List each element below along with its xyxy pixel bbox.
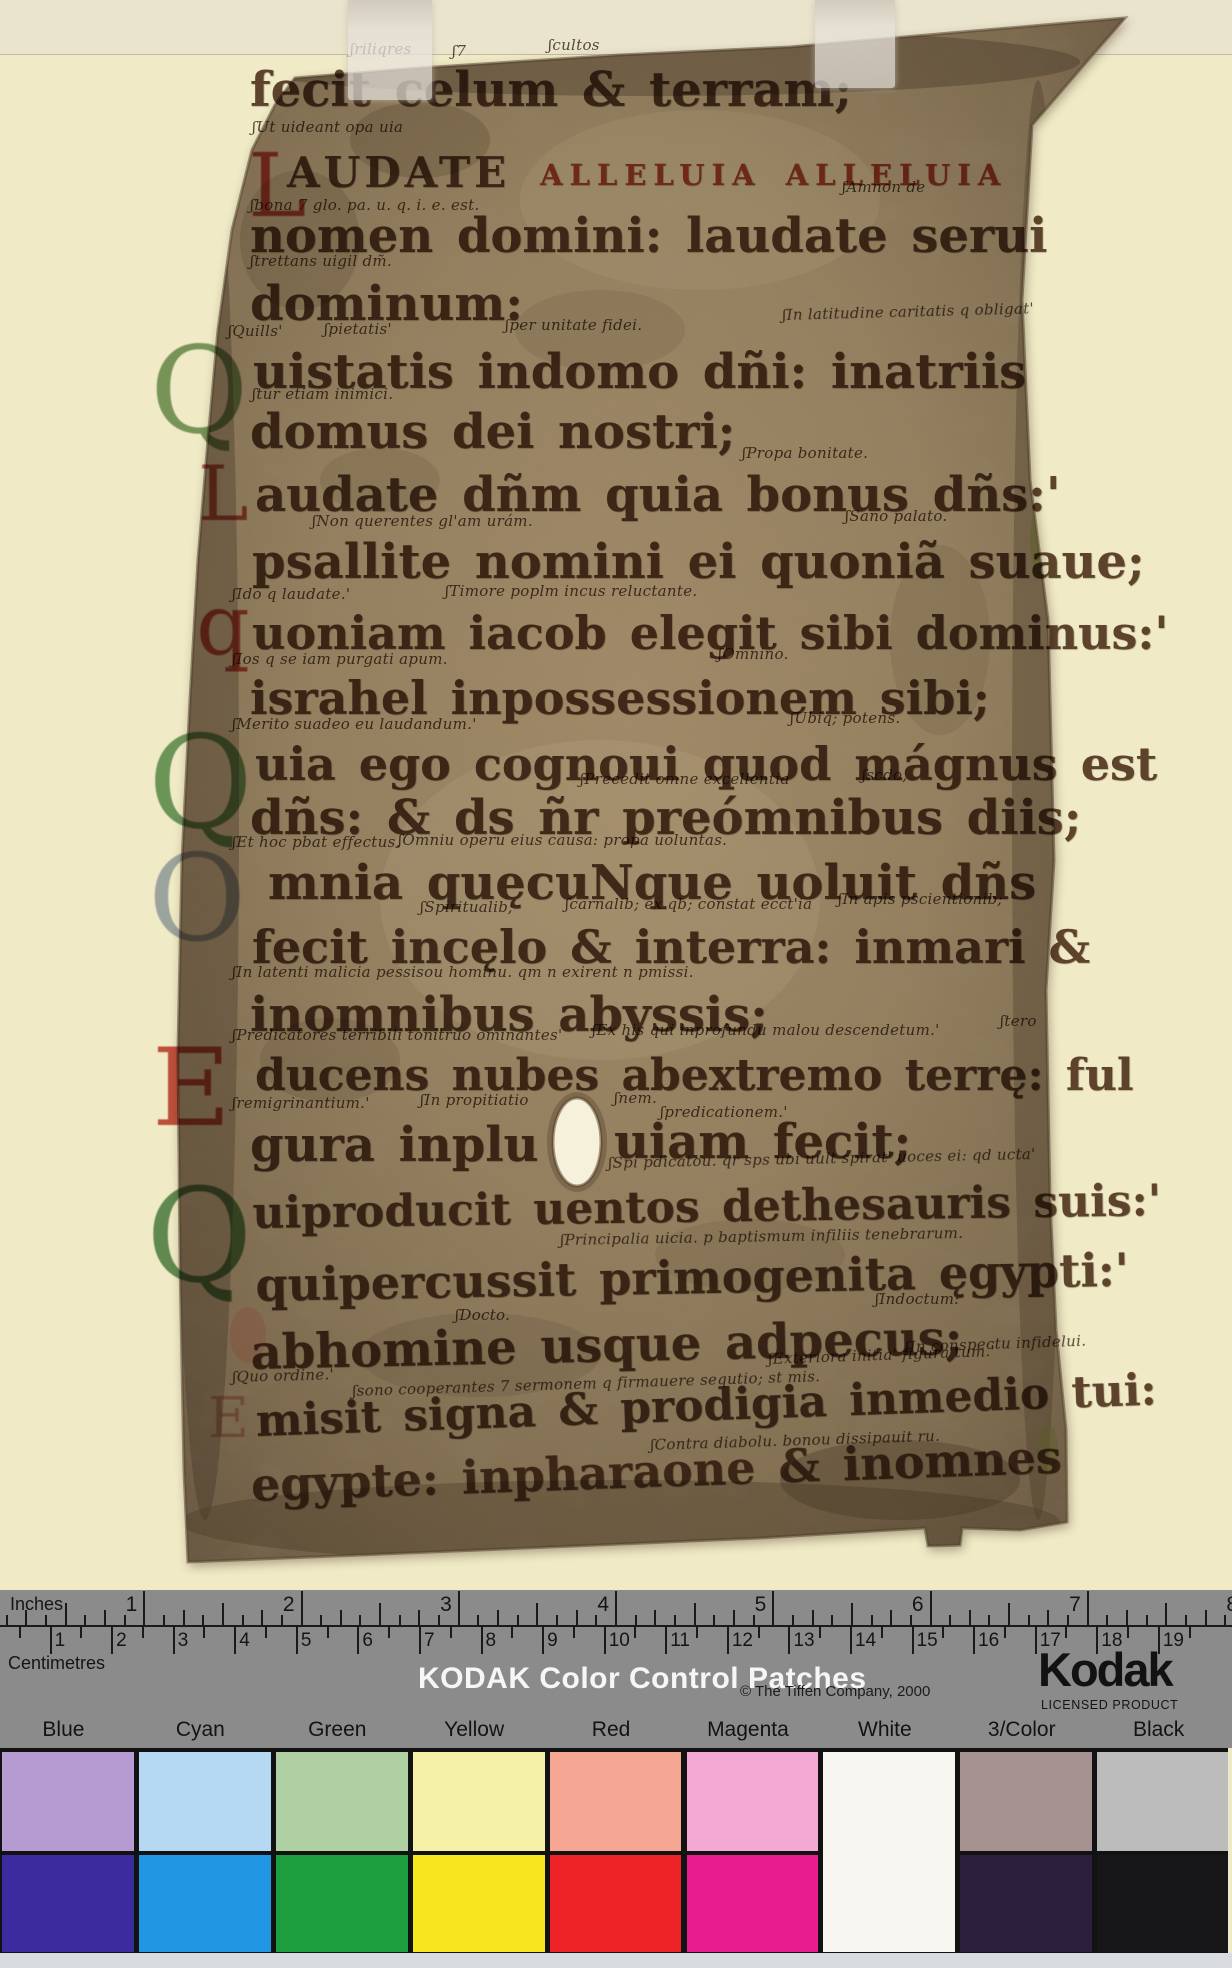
color-patch-black-light [1097,1752,1229,1851]
cm-tick [450,1627,452,1638]
cm-tick [296,1627,298,1654]
cm-number: 4 [239,1630,250,1652]
inch-tick [517,1615,519,1625]
kodak-logo: Kodak [1038,1642,1172,1697]
cm-number: 11 [670,1630,690,1652]
color-patch-green-light [276,1752,408,1851]
inch-tick [1106,1615,1108,1625]
patch-label-magenta: Magenta [693,1718,803,1742]
inch-tick [615,1591,617,1625]
cm-tick [912,1627,914,1654]
color-patch-magenta-saturated [687,1855,819,1952]
inch-tick [1146,1615,1148,1625]
inch-tick [930,1591,932,1625]
patch-label-blue: Blue [8,1718,118,1742]
cm-tick [419,1627,421,1654]
inch-number: 8 [1216,1593,1232,1617]
cm-tick [1127,1627,1129,1638]
inch-number: 3 [430,1593,452,1617]
cm-tick [357,1627,359,1654]
inch-tick [988,1615,990,1625]
inch-tick [183,1610,185,1625]
inch-number: 1 [115,1593,137,1617]
cm-tick [665,1627,667,1654]
color-patch-red-saturated [550,1855,682,1952]
color-patch-green-saturated [276,1855,408,1952]
inch-tick [969,1610,971,1625]
patch-grid [0,1748,1230,1955]
cm-number: 16 [978,1630,999,1652]
inch-tick [733,1610,735,1625]
inch-tick [1047,1610,1049,1625]
inch-tick [635,1615,637,1625]
cm-tick [234,1627,236,1654]
inch-tick [6,1615,8,1625]
inch-number: 6 [902,1593,924,1617]
cm-number: 1 [55,1630,66,1652]
inch-tick [301,1591,303,1625]
cm-tick [327,1627,329,1638]
cm-tick [542,1627,544,1654]
inch-tick [497,1610,499,1625]
patch-label-white: White [830,1718,940,1742]
cm-number: 15 [917,1630,938,1652]
inch-tick [772,1591,774,1625]
color-patch-white [823,1752,955,1952]
inch-tick [949,1615,951,1625]
cm-tick [265,1627,267,1638]
cm-tick [1189,1627,1191,1638]
inch-tick [576,1610,578,1625]
inch-tick [792,1615,794,1625]
patch-label-black: Black [1104,1718,1214,1742]
cm-tick [19,1627,21,1638]
color-patch-yellow-light [413,1752,545,1851]
inch-tick [890,1610,892,1625]
cm-tick [111,1627,113,1654]
inch-tick [202,1615,204,1625]
inch-tick [242,1615,244,1625]
inch-tick [104,1610,106,1625]
inch-tick [831,1615,833,1625]
cm-number: 12 [732,1630,753,1652]
color-patch-magenta-light [687,1752,819,1851]
inch-tick [340,1610,342,1625]
cm-number: 5 [301,1630,312,1652]
licensed-product-label: LICENSED PRODUCT [1041,1698,1178,1712]
cm-tick [942,1627,944,1638]
inch-tick [871,1615,873,1625]
inch-tick [556,1615,558,1625]
color-patch-3-color-saturated [960,1855,1092,1952]
color-patch-cyan-light [139,1752,271,1851]
inch-tick [379,1603,381,1625]
inch-tick [65,1603,67,1625]
cm-tick [819,1627,821,1638]
cm-tick [604,1627,606,1654]
inch-tick [851,1603,853,1625]
cm-number: 10 [609,1630,630,1652]
cm-tick [481,1627,483,1654]
inch-tick [536,1603,538,1625]
cm-tick [388,1627,390,1638]
inch-tick [713,1615,715,1625]
centimetres-label: Centimetres [8,1653,105,1674]
inch-tick [1028,1615,1030,1625]
inch-number: 4 [587,1593,609,1617]
inch-tick [222,1603,224,1625]
inch-tick [812,1610,814,1625]
bar-bottom-strip [0,1953,1232,1968]
inch-tick [359,1615,361,1625]
cm-tick [173,1627,175,1654]
cm-number: 7 [424,1630,435,1652]
inch-tick [25,1610,27,1625]
copyright-text: © The Tiffen Company, 2000 [740,1683,930,1700]
inch-number: 5 [744,1593,766,1617]
cm-number: 14 [855,1630,876,1652]
cm-tick [758,1627,760,1638]
inch-tick [1165,1603,1167,1625]
bar-right-sliver [1228,1748,1232,1953]
patch-label-yellow: Yellow [419,1718,529,1742]
cm-tick [850,1627,852,1654]
inch-number: 2 [273,1593,295,1617]
cm-tick [973,1627,975,1654]
color-patch-black-saturated [1097,1855,1229,1952]
inch-tick [1087,1591,1089,1625]
color-patch-cyan-saturated [139,1855,271,1952]
inch-tick [458,1591,460,1625]
cm-tick [1004,1627,1006,1638]
inch-tick [84,1615,86,1625]
inch-number: 7 [1059,1593,1081,1617]
cm-tick [634,1627,636,1638]
tape-strip-right [815,0,895,88]
cm-tick [727,1627,729,1654]
cm-tick [80,1627,82,1638]
inches-label: Inches [10,1594,63,1615]
cm-tick [573,1627,575,1638]
cm-tick [1065,1627,1067,1638]
inch-tick [418,1610,420,1625]
ruler-line [0,1625,1232,1627]
kodak-color-bar: Inches 12345678 123456789101112131415161… [0,1590,1232,1968]
cm-number: 3 [178,1630,189,1652]
cm-tick [788,1627,790,1654]
color-patch-blue-saturated [2,1855,134,1952]
inch-tick [1008,1603,1010,1625]
inch-tick [1205,1610,1207,1625]
cm-tick [50,1627,52,1654]
cm-number: 9 [547,1630,558,1652]
inch-tick [674,1615,676,1625]
inch-tick [320,1615,322,1625]
patch-label-red: Red [556,1718,666,1742]
inch-tick [654,1610,656,1625]
patch-label-green: Green [282,1718,392,1742]
color-patch-blue-light [2,1752,134,1851]
cm-tick [696,1627,698,1638]
cm-number: 13 [793,1630,814,1652]
inch-tick [1185,1615,1187,1625]
inch-tick [143,1591,145,1625]
cm-number: 6 [362,1630,373,1652]
inch-tick [45,1615,47,1625]
inch-tick [477,1615,479,1625]
color-patch-3-color-light [960,1752,1092,1851]
color-patch-yellow-saturated [413,1855,545,1952]
cm-tick [511,1627,513,1638]
cm-tick [1035,1627,1037,1654]
patch-label-3-color: 3/Color [967,1718,1077,1742]
inch-tick [261,1610,263,1625]
inch-tick [163,1615,165,1625]
inch-tick [399,1615,401,1625]
cm-number: 2 [116,1630,127,1652]
cm-number: 8 [486,1630,497,1652]
tape-strip-left [348,0,432,100]
cm-tick [203,1627,205,1638]
inch-tick [694,1603,696,1625]
cm-tick [142,1627,144,1638]
cm-tick [881,1627,883,1638]
patch-label-cyan: Cyan [145,1718,255,1742]
inch-tick [1126,1610,1128,1625]
color-patch-red-light [550,1752,682,1851]
